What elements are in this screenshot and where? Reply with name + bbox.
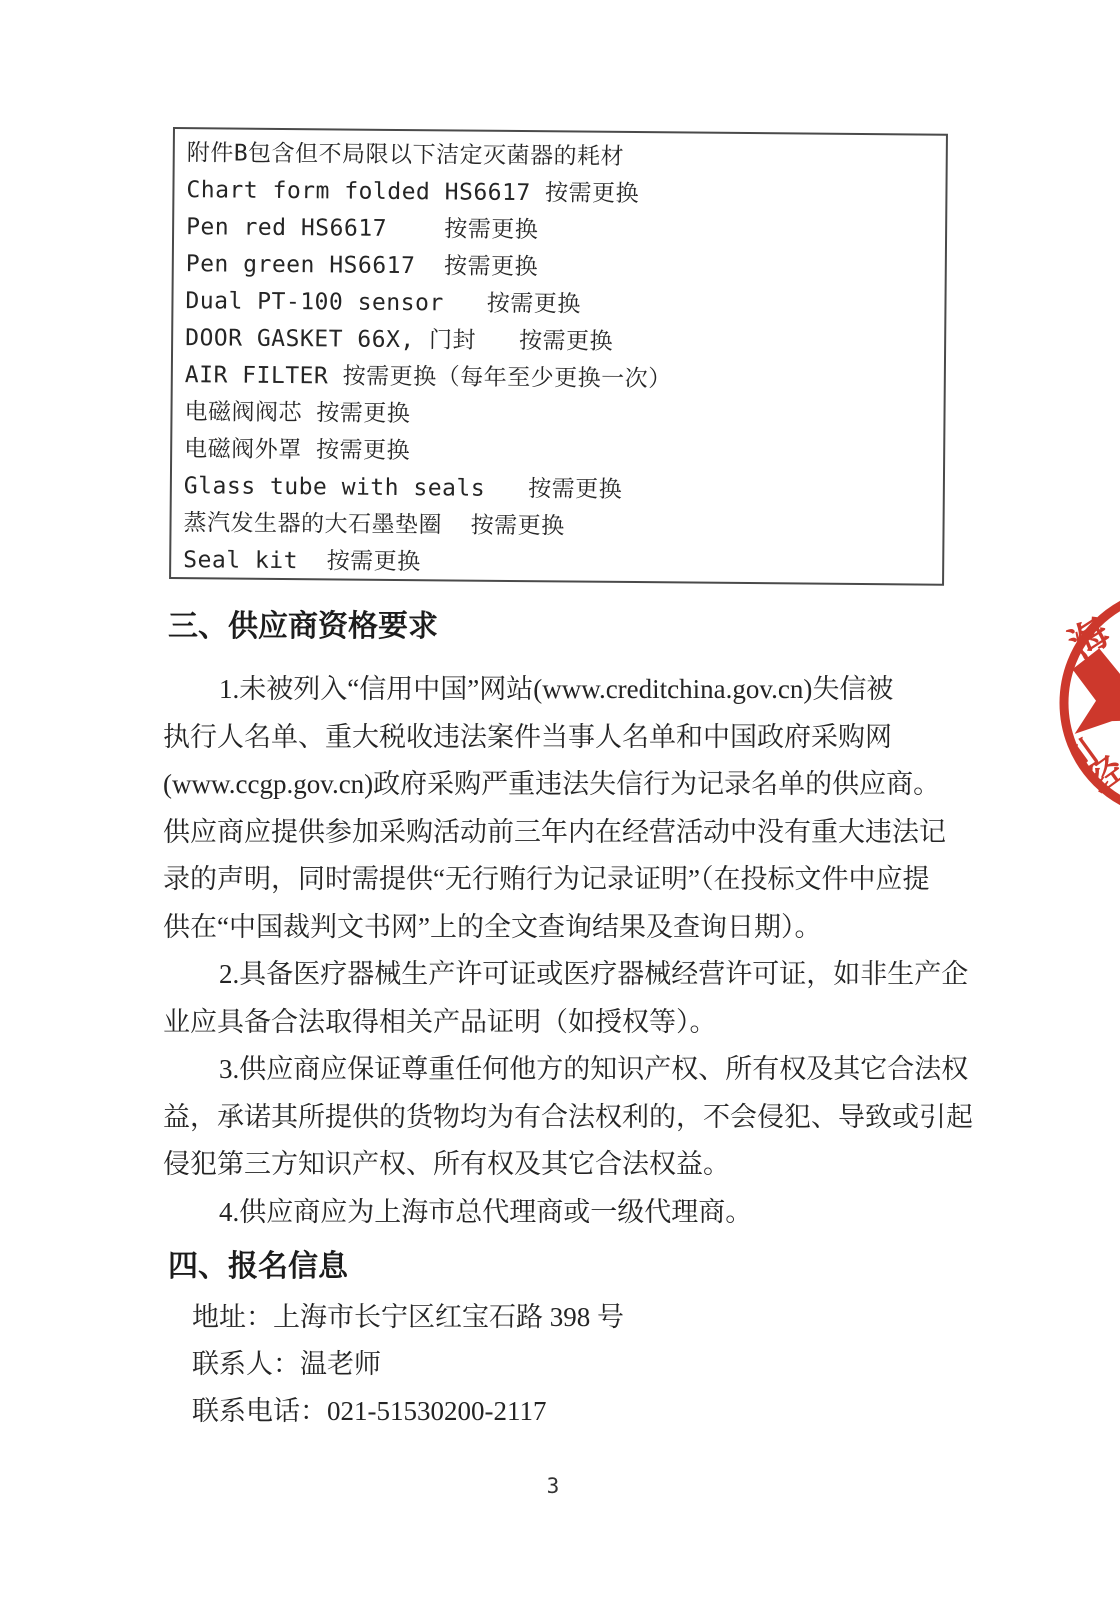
stamp-bottom-character-left: 刂 xyxy=(1057,733,1107,784)
section-3-paragraphs: 1.未被列入“信用中国”网站(www.creditchina.gov.cn)失信… xyxy=(163,666,993,1236)
paragraph-line: 供应商应提供参加采购活动前三年内在经营活动中没有重大违法记 xyxy=(163,809,993,857)
consumables-table: 附件B包含但不局限以下洁定灭菌器的耗材Chart form folded HS6… xyxy=(169,127,948,586)
registration-line: 联系人：温老师 xyxy=(192,1341,624,1388)
paragraph-line: 业应具备合法取得相关产品证明（如授权等）。 xyxy=(163,999,993,1047)
table-row: Seal kit 按需更换 xyxy=(183,542,932,586)
paragraph-line: 益，承诺其所提供的货物均为有合法权利的，不会侵犯、导致或引起 xyxy=(163,1094,993,1142)
page-number: 3 xyxy=(0,1474,1106,1498)
stamp-bottom-character-right: 经 xyxy=(1082,749,1120,800)
section-4-heading: 四、报名信息 xyxy=(168,1241,348,1285)
star-icon xyxy=(1050,630,1120,759)
registration-info: 地址：上海市长宁区红宝石路 398 号联系人：温老师联系电话：021-51530… xyxy=(192,1294,624,1435)
registration-line: 地址：上海市长宁区红宝石路 398 号 xyxy=(192,1294,624,1341)
paragraph-line: 执行人名单、重大税收违法案件当事人名单和中国政府采购网 xyxy=(163,714,993,762)
paragraph-line: 2.具备医疗器械生产许可证或医疗器械经营许可证，如非生产企 xyxy=(163,951,993,999)
document-page: 附件B包含但不局限以下洁定灭菌器的耗材Chart form folded HS6… xyxy=(0,0,1120,1600)
red-seal-stamp: 海 刂 经 xyxy=(1048,578,1120,840)
paragraph-line: 供在“中国裁判文书网”上的全文查询结果及查询日期）。 xyxy=(163,904,993,952)
paragraph-line: 1.未被列入“信用中国”网站(www.creditchina.gov.cn)失信… xyxy=(163,666,993,714)
paragraph-line: 录的声明，同时需提供“无行贿行为记录证明”（在投标文件中应提 xyxy=(163,856,993,904)
registration-line: 联系电话：021-51530200-2117 xyxy=(192,1388,624,1435)
paragraph-line: (www.ccgp.gov.cn)政府采购严重违法失信行为记录名单的供应商。 xyxy=(163,761,993,809)
paragraph-line: 4.供应商应为上海市总代理商或一级代理商。 xyxy=(163,1189,993,1237)
section-3-heading: 三、供应商资格要求 xyxy=(168,601,438,645)
paragraph-line: 3.供应商应保证尊重任何他方的知识产权、所有权及其它合法权 xyxy=(163,1046,993,1094)
stamp-circle-border xyxy=(1064,591,1120,815)
paragraph-line: 侵犯第三方知识产权、所有权及其它合法权益。 xyxy=(163,1141,993,1189)
stamp-top-character: 海 xyxy=(1062,611,1117,667)
